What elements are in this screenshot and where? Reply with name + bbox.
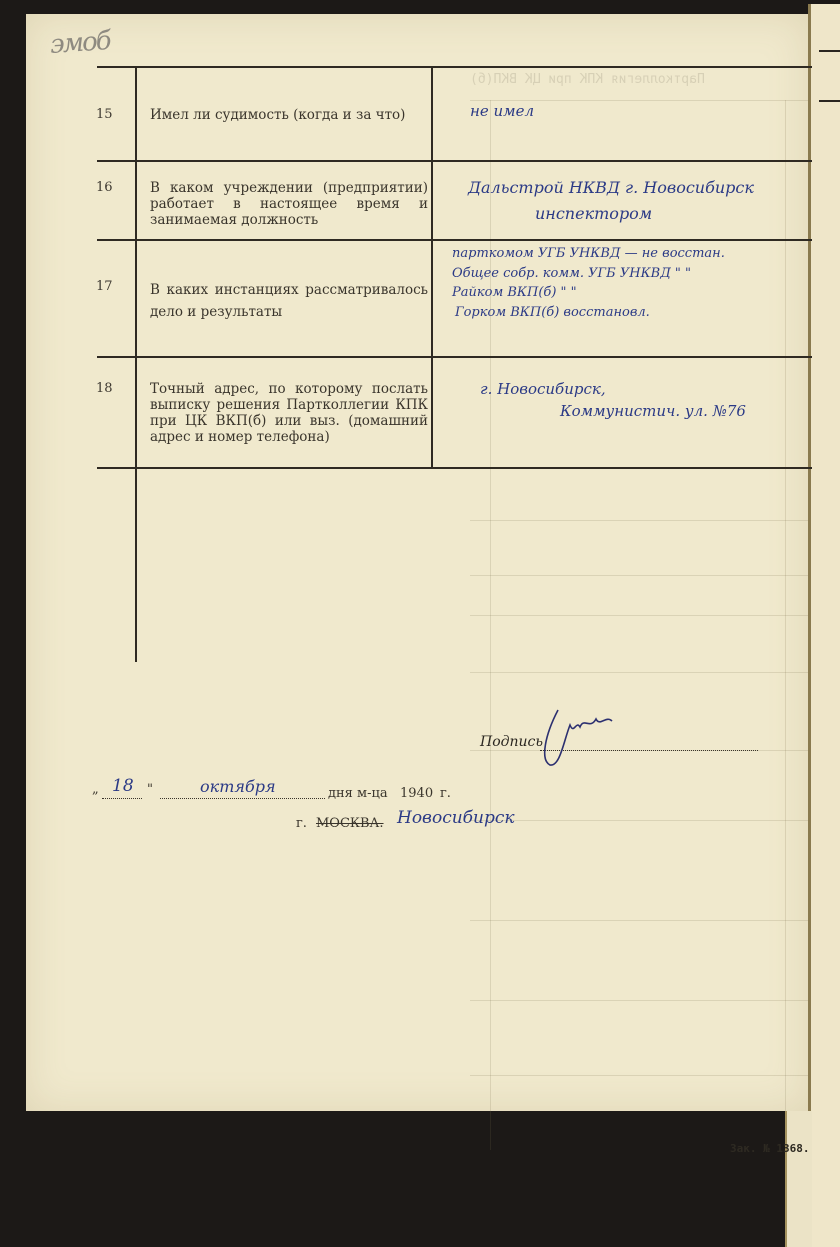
table-row-rule (97, 467, 812, 469)
question-text: В каком учреждении (предприятии) работае… (150, 180, 428, 228)
adjacent-sheet-edge (808, 4, 840, 1247)
row-number: 17 (96, 279, 136, 294)
date-year: 1940 (400, 786, 433, 801)
date-open-quote: „ (92, 782, 99, 797)
handwritten-answer: Общее собр. комм. УГБ УНКВД " " (452, 266, 691, 281)
date-year-suffix: г. (440, 786, 451, 801)
table-top-rule (97, 66, 812, 68)
bleed-line (470, 615, 810, 616)
handwritten-answer: не имел (470, 102, 534, 120)
question-text: В каких инстанциях рассматривалось дело … (150, 279, 428, 323)
handwritten-month: октября (200, 777, 276, 796)
city-prefix: г. (296, 816, 307, 831)
pencil-corner-note: эмоб (49, 26, 111, 60)
handwritten-answer: инспектором (535, 204, 652, 223)
handwritten-answer: г. Новосибирск, (480, 380, 606, 398)
row-number: 16 (96, 180, 136, 195)
table-col-divider-mid (431, 67, 433, 467)
city-handwritten: Новосибирск (397, 808, 515, 828)
bleed-line (470, 100, 810, 101)
signature-scribble (540, 705, 630, 775)
signature-label: Подпись (480, 734, 543, 750)
bleed-line (470, 820, 810, 821)
table-row-rule (97, 356, 812, 358)
table-row-rule (97, 160, 812, 162)
handwritten-answer: Горком ВКП(б) восстановл. (455, 305, 650, 320)
question-text: Точный адрес, по которому послать выписк… (150, 381, 428, 445)
print-order-number: Зак. № 1368. (730, 1142, 809, 1155)
handwritten-answer: парткомом УГБ УНКВД — не восстан. (452, 246, 725, 261)
bleed-through-title: Партколлегия КПК при ЦК ВКП(б) (470, 68, 705, 92)
folder-edge (785, 1111, 812, 1247)
bleed-line (470, 672, 810, 673)
bleed-line (470, 575, 810, 576)
city-printed-struck: МОСКВА. (316, 816, 384, 831)
row-number: 18 (96, 381, 136, 396)
row-number: 15 (96, 107, 136, 122)
handwritten-day: 18 (112, 776, 134, 796)
handwritten-answer: Коммунистич. ул. №76 (560, 402, 746, 420)
month-dotted-line (160, 798, 325, 799)
handwritten-answer: Райком ВКП(б) " " (452, 285, 577, 300)
date-suffix-label: дня м-ца (328, 786, 388, 801)
date-close-quote: " (147, 782, 153, 797)
question-text: Имел ли судимость (когда и за что) (150, 107, 428, 123)
day-dotted-line (102, 798, 142, 799)
table-col-divider-left (135, 67, 137, 662)
bleed-line (470, 1075, 810, 1076)
table-row-rule (97, 239, 812, 241)
bleed-line (470, 920, 810, 921)
bleed-line (470, 520, 810, 521)
bleed-line (470, 1000, 810, 1001)
bleed-vline (785, 100, 786, 1150)
handwritten-answer: Дальстрой НКВД г. Новосибирск (468, 178, 754, 197)
